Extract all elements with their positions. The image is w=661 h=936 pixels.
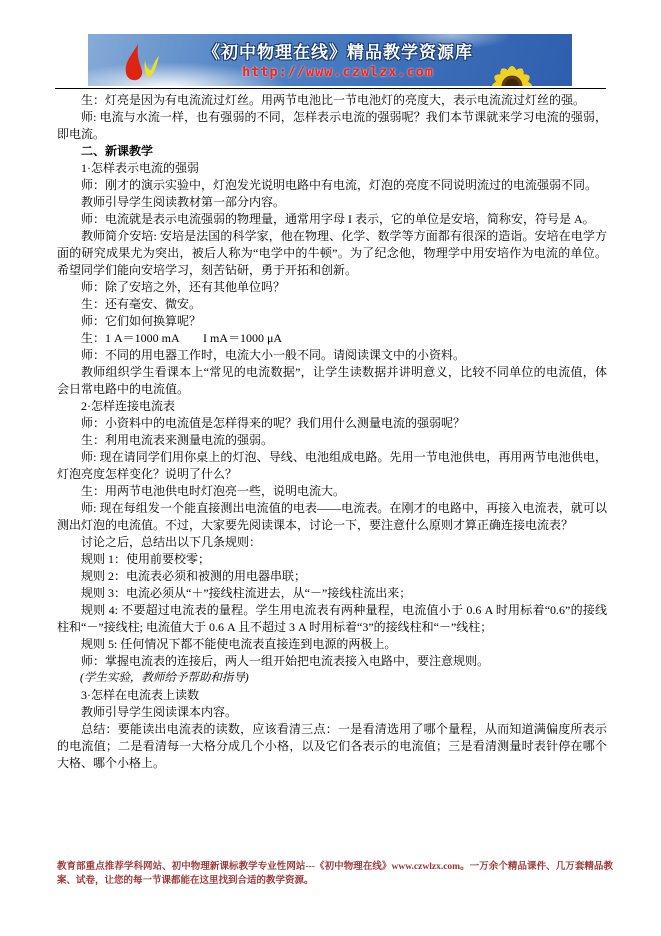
paragraph: 规则 2：电流表必须和被测的用电器串联；	[57, 568, 607, 585]
paragraph: 3·怎样在电流表上读数	[57, 687, 607, 704]
paragraph: 师: 电流与水流一样，也有强弱的不同，怎样表示电流的强弱呢？我们本节课就来学习电…	[57, 109, 607, 143]
paragraph: 生：灯亮是因为有电流流过灯丝。用两节电池比一节电池灯的亮度大，表示电流流过灯丝的…	[57, 92, 607, 109]
paragraph: 师: 现在每组发一个能直接测出电流值的电表——电流表。在刚才的电路中，再接入电流…	[57, 500, 607, 534]
paragraph: 生：1 A＝1000 mA I mA＝1000 μA	[57, 330, 607, 347]
paragraph: 师：不同的用电器工作时，电流大小一般不同。请阅读课文中的小资料。	[57, 347, 607, 364]
sunflower-image	[476, 52, 552, 86]
lesson-text: 生：灯亮是因为有电流流过灯丝。用两节电池比一节电池灯的亮度大，表示电流流过灯丝的…	[57, 92, 607, 772]
paragraph: 讨论之后，总结出以下几条规则：	[57, 534, 607, 551]
paragraph: 生：用两节电池供电时灯泡亮一些，说明电流大。	[57, 483, 607, 500]
paragraph: 规则 4: 不要超过电流表的量程。学生用电流表有两种量程，电流值小于 0.6 A…	[57, 602, 607, 636]
paragraph: (学生实验，教师给予帮助和指导)	[57, 670, 607, 687]
footer-note: 教育部重点推荐学科网站、初中物理新课标教学专业性网站---《初中物理在线》www…	[57, 861, 613, 888]
paragraph: 师：它们如何换算呢？	[57, 313, 607, 330]
paragraph: 总结：要能读出电流表的读数，应该看清三点：一是看清选用了哪个量程，从而知道满偏度…	[57, 721, 607, 772]
paragraph: 2·怎样连接电流表	[57, 398, 607, 415]
paragraph: 生：利用电流表来测量电流的强弱。	[57, 432, 607, 449]
paragraph: 1·怎样表示电流的强弱	[57, 160, 607, 177]
paragraph: 教师引导学生阅读教材第一部分内容。	[57, 194, 607, 211]
paragraph: 规则 1：使用前要校零；	[57, 551, 607, 568]
paragraph: 生：还有毫安、微安。	[57, 296, 607, 313]
header-banner: 《初中物理在线》精品教学资源库 http://www.czwlzx.com	[88, 34, 572, 86]
paragraph: 教师引导学生阅读课本内容。	[57, 704, 607, 721]
document-page: 《初中物理在线》精品教学资源库 http://www.czwlzx.com	[0, 0, 661, 936]
paragraph: 师：除了安培之外，还有其他单位吗？	[57, 279, 607, 296]
header-divider	[55, 88, 606, 89]
paragraph: 师：掌握电流表的连接后，两人一组开始把电流表接入电路中，要注意规则。	[57, 653, 607, 670]
paragraph: 教师简介安培: 安培是法国的科学家，他在物理、化学、数学等方面都有很深的造诣。安…	[57, 228, 607, 279]
paragraph: 师: 现在请同学们用你桌上的灯泡、导线、电池组成电路。先用一节电池供电，再用两节…	[57, 449, 607, 483]
paragraph: 师：刚才的演示实验中，灯泡发光说明电路中有电流，灯泡的亮度不同说明流过的电流强弱…	[57, 177, 607, 194]
paragraph: 规则 3：电流必须从“＋”接线柱流进去，从“－”接线柱流出来；	[57, 585, 607, 602]
paragraph: 二、新课教学	[57, 143, 607, 160]
paragraph: 教师组织学生看课本上“常见的电流数据”，让学生读数据并讲明意义，比较不同单位的电…	[57, 364, 607, 398]
paragraph: 师：小资料中的电流值是怎样得来的呢？我们用什么测量电流的强弱呢？	[57, 415, 607, 432]
flame-logo-icon	[122, 43, 162, 85]
banner-url-link[interactable]: http://www.czwlzx.com	[183, 64, 493, 80]
banner-title: 《初中物理在线》精品教学资源库	[183, 38, 493, 63]
paragraph: 规则 5: 任何情况下都不能使电流表直接连到电源的两极上。	[57, 636, 607, 653]
paragraph: 师：电流就是表示电流强弱的物理量，通常用字母 I 表示，它的单位是安培，简称安，…	[57, 211, 607, 228]
